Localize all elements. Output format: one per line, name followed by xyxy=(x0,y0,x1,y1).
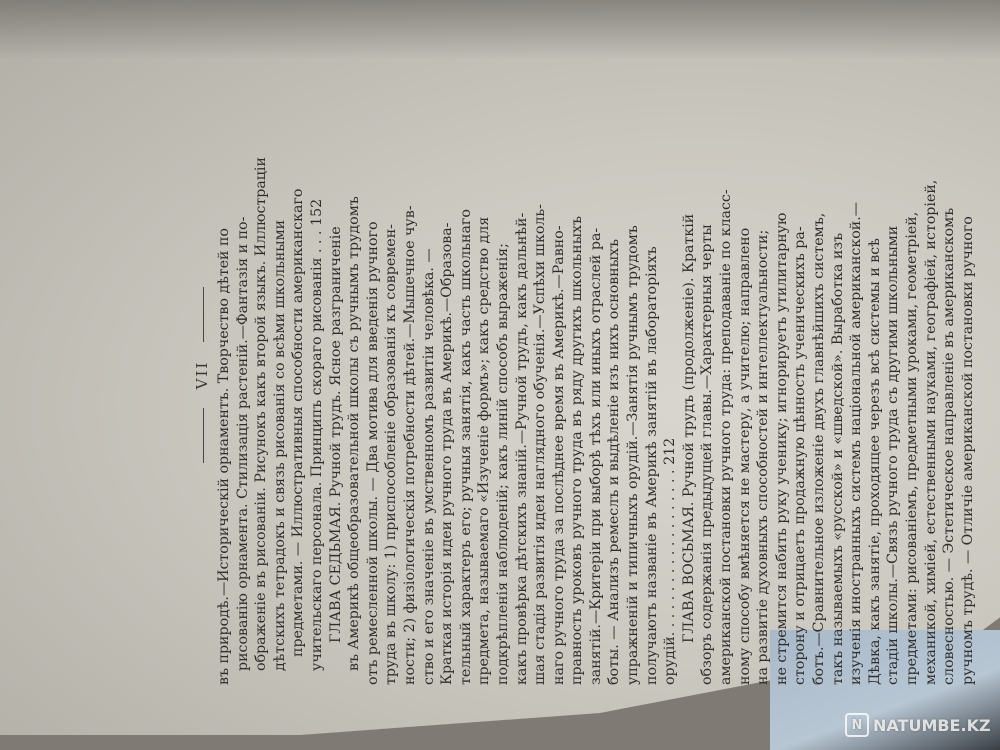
toc-line: предметами. — Иллюстративныя способности… xyxy=(289,65,308,685)
toc-line: ботъ.—Сравнительное изложеніе двухъ глав… xyxy=(810,65,829,685)
header-rule-left xyxy=(203,408,204,463)
toc-line: изученія иностранныхъ системъ національн… xyxy=(847,65,866,685)
toc-line: рисованію орнамента. Стилизація растеній… xyxy=(234,65,253,685)
toc-line: предметами: рисованіемъ, предметными уро… xyxy=(903,65,922,685)
toc-line: механикой, химіей, естественными науками… xyxy=(922,65,941,685)
watermark-text: NATUMBE.KZ xyxy=(873,716,991,735)
toc-line: обзоръ содержанія предыдущей главы.—Хара… xyxy=(698,65,717,685)
toc-line: стадіи школы.—Связь ручного труда съ дру… xyxy=(884,65,903,685)
toc-line: шая стадія развитія идеи наглядного обуч… xyxy=(531,65,550,685)
toc-line: дѣтскихъ тетрадокъ и связь рисованія со … xyxy=(271,65,290,685)
page-roman-numeral: VII xyxy=(193,361,211,390)
toc-line: получаютъ названіе въ Америкѣ занятій въ… xyxy=(643,65,662,685)
header-rule-right xyxy=(203,287,204,342)
toc-lines: въ природѣ.—Историческій орнаментъ. Твор… xyxy=(215,65,977,685)
toc-line: сторону и отрицаетъ продажную цѣнность у… xyxy=(791,65,810,685)
toc-line: какъ провѣрка дѣтскихъ знаній.—Ручной тр… xyxy=(513,65,532,685)
toc-line: правность уроковъ ручного труда въ ряду … xyxy=(568,65,587,685)
toc-line: ГЛАВА СЕДЬМАЯ. Ручной трудъ. Ясное разгр… xyxy=(327,65,346,685)
toc-line: подкрѣпленія наблюденій; какъ линій спос… xyxy=(494,65,513,685)
watermark-logo-icon: N xyxy=(845,713,869,737)
toc-line: занятій.—Критеріи при выборѣ тѣхъ или ин… xyxy=(587,65,606,685)
toc-line: ручномъ трудѣ. — Отличіе американской по… xyxy=(959,65,978,685)
toc-line: такъ называемыхъ «русской» и «шведской».… xyxy=(829,65,848,685)
toc-line: ство и его значеніе въ умственномъ разви… xyxy=(420,65,439,685)
toc-line: ображеніе въ рисованіи. Рисунокъ какъ вт… xyxy=(252,65,271,685)
toc-line: Краткая исторія идеи ручного труда въ Ам… xyxy=(438,65,457,685)
toc-line: орудій. . . . . . . . . . . . . . . . . … xyxy=(661,65,680,685)
watermark: N NATUMBE.KZ xyxy=(845,713,991,737)
running-header: VII xyxy=(193,65,211,685)
toc-line: труда въ школу: 1) приспособленіе образо… xyxy=(382,65,401,685)
toc-line: ному способу вмѣняется не мастеру, а учи… xyxy=(736,65,755,685)
toc-line: отъ ремесленной школы. — Два мотива для … xyxy=(364,65,383,685)
toc-line: боты. — Анализъ ремеслъ и выдѣленіе изъ … xyxy=(605,65,624,685)
toc-line: наго ручного труда за послѣднее время въ… xyxy=(550,65,569,685)
toc-line: Дѣвка, какъ занятіе, проходящее черезъ в… xyxy=(866,65,885,685)
toc-line: тельный характеръ его; ручныя занятія, к… xyxy=(457,65,476,685)
toc-line: въ природѣ.—Историческій орнаментъ. Твор… xyxy=(215,65,234,685)
table-of-contents: VII въ природѣ.—Историческій орнаментъ. … xyxy=(0,0,1000,750)
toc-line: американской постановки ручного труда: п… xyxy=(717,65,736,685)
toc-line: упражненій и типичныхъ орудій.—Занятія р… xyxy=(624,65,643,685)
toc-line: ности; 2) физіологическія потребности дѣ… xyxy=(401,65,420,685)
toc-line: въ Америкѣ общеобразовательной школы съ … xyxy=(345,65,364,685)
toc-line: ГЛАВА ВОСЬМАЯ. Ручной трудъ (продолженіе… xyxy=(680,65,699,685)
toc-line: не стремится набить руку ученику; игнори… xyxy=(773,65,792,685)
toc-line: на развитіе духовныхъ способностей и инт… xyxy=(754,65,773,685)
toc-line: предмета, называемаго «Изученіе формъ»; … xyxy=(475,65,494,685)
toc-line: учительскаго персонала. Принципъ скораго… xyxy=(308,65,327,685)
toc-line: словесностью. — Эстетическое направленіе… xyxy=(940,65,959,685)
